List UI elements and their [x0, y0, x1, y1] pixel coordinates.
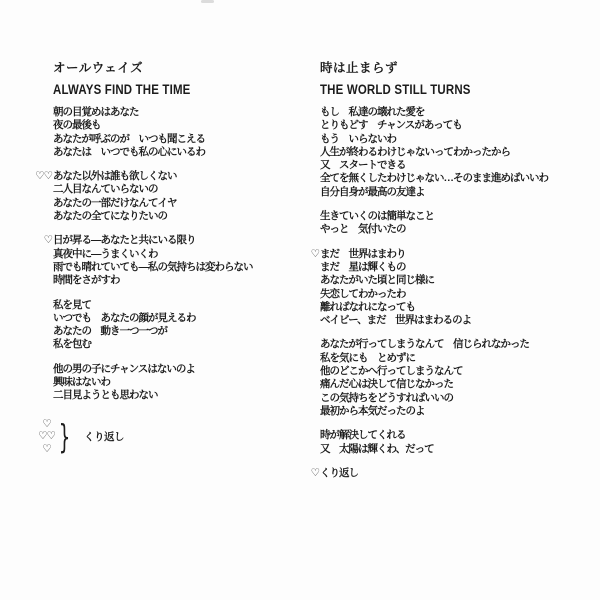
- stanza: もし 私達の壊れた愛をとりもどす チャンスがあってももう いらないわ人生が終わる…: [320, 106, 588, 199]
- lyric-text: あなたがいた頃と同じ様に: [320, 274, 434, 286]
- lyric-text: もう いらないわ: [320, 133, 396, 145]
- lyric-text: 時間をさがすわ: [53, 274, 120, 286]
- heart-marker-icon: ♡: [42, 418, 50, 431]
- lyric-text: 他の男の子にチャンスはないのよ: [53, 363, 195, 375]
- lyric-text: あなた以外は誰も欲しくない: [53, 170, 177, 182]
- stanza: 朝の目覚めはあなた夜の最後もあなたが呼ぶのが いつも聞こえるあなたは いつでも私…: [53, 106, 321, 159]
- lyric-text: やっと 気付いたの: [320, 223, 406, 235]
- song-column-always-find-the-time: オールウェイズ ALWAYS FIND THE TIME 朝の目覚めはあなた夜の…: [53, 61, 321, 458]
- lyric-text: ベイビー、まだ 世界はまわるのよ: [320, 314, 471, 326]
- lyric-text: とりもどす チャンスがあっても: [320, 119, 462, 131]
- lyric-text: もし 私達の壊れた愛を: [320, 106, 425, 118]
- lyric-line: 私を見て: [53, 299, 321, 312]
- lyric-text: 生きていくのは簡単なこと: [320, 210, 434, 222]
- lyric-line: 痛んだ心は決して信じなかった: [320, 378, 588, 391]
- lyric-text: あなたは いつでも私の心にいるわ: [53, 146, 205, 158]
- lyric-line: あなたがいた頃と同じ様に: [320, 274, 588, 287]
- lyric-text: 真夜中に―うまくいくわ: [53, 248, 158, 260]
- lyric-line: 他の男の子にチャンスはないのよ: [53, 363, 321, 376]
- lyric-line: あなたの 動き一つ一つが: [53, 325, 321, 338]
- lyric-line: 自分自身が最高の友達よ: [320, 186, 588, 199]
- lyric-text: 又 スタートできる: [320, 159, 406, 171]
- lyric-line: あなたは いつでも私の心にいるわ: [53, 146, 321, 159]
- lyric-line: ♡くり返し: [320, 467, 588, 480]
- song-title-english: ALWAYS FIND THE TIME: [53, 83, 281, 97]
- lyric-text: くり返し: [320, 467, 358, 479]
- heart-marker-icon: ♡: [311, 467, 319, 480]
- lyric-line: ♡♡あなた以外は誰も欲しくない: [53, 170, 321, 183]
- stanza: 他の男の子にチャンスはないのよ興味はないわ二目見ようとも思わない: [53, 363, 321, 403]
- lyric-line: あなたが呼ぶのが いつも聞こえる: [53, 133, 321, 146]
- lyric-text: 失恋してわかったわ: [320, 288, 406, 300]
- lyric-line: ♡まだ 世界はまわり: [320, 248, 588, 261]
- stanza: ♡まだ 世界はまわりまだ 星は輝くものあなたがいた頃と同じ様に失恋してわかったわ…: [320, 248, 588, 328]
- lyric-text: あなたの一部だけなんてイヤ: [53, 197, 177, 209]
- lyric-line: 又 スタートできる: [320, 159, 588, 172]
- lyric-line: 又 太陽は輝くわ、だって: [320, 443, 588, 456]
- lyric-line: 生きていくのは簡単なこと: [320, 210, 588, 223]
- lyric-text: 二人目なんていらないの: [53, 183, 158, 195]
- lyric-text: 自分自身が最高の友達よ: [320, 186, 425, 198]
- lyric-line: とりもどす チャンスがあっても: [320, 119, 588, 132]
- lyric-text: 夜の最後も: [53, 119, 101, 131]
- lyric-line: ♡日が昇る―あなたと共にいる限り: [53, 234, 321, 247]
- song-title-japanese: オールウェイズ: [53, 61, 321, 76]
- lyric-line: 時が解決してくれる: [320, 429, 588, 442]
- lyric-text: 朝の目覚めはあなた: [53, 106, 139, 118]
- lyric-line: 人生が終わるわけじゃないってわかったから: [320, 146, 588, 159]
- stanza: ♡くり返し: [320, 467, 588, 480]
- lyric-line: 夜の最後も: [53, 119, 321, 132]
- lyrics-body: 朝の目覚めはあなた夜の最後もあなたが呼ぶのが いつも聞こえるあなたは いつでも私…: [53, 106, 321, 403]
- stanza: 私を見ていつでも あなたの顔が見えるわあなたの 動き一つ一つが私を包む: [53, 299, 321, 352]
- lyric-line: 私を包む: [53, 338, 321, 351]
- lyric-line: 時間をさがすわ: [53, 274, 321, 287]
- lyric-text: この気持ちをどうすればいいの: [320, 392, 453, 404]
- lyric-line: 雨でも晴れていても―私の気持ちは変わらない: [53, 261, 321, 274]
- lyric-line: まだ 星は輝くもの: [320, 261, 588, 274]
- song-column-the-world-still-turns: 時は止まらず THE WORLD STILL TURNS もし 私達の壊れた愛を…: [320, 61, 588, 480]
- lyric-line: もう いらないわ: [320, 133, 588, 146]
- lyric-text: 興味はないわ: [53, 376, 110, 388]
- lyric-text: 痛んだ心は決して信じなかった: [320, 378, 453, 390]
- song-title-japanese: 時は止まらず: [320, 61, 588, 76]
- lyric-line: 興味はないわ: [53, 376, 321, 389]
- lyric-text: まだ 世界はまわり: [320, 248, 406, 260]
- repeat-label: くり返し: [84, 429, 124, 444]
- lyric-line: 他のどこかへ行ってしまうなんて: [320, 365, 588, 378]
- lyric-line: あなたの全てになりたいの: [53, 210, 321, 223]
- lyric-line: あなたが行ってしまうなんて 信じられなかった: [320, 338, 588, 351]
- lyric-text: 日が昇る―あなたと共にいる限り: [53, 234, 196, 246]
- lyric-line: いつでも あなたの顔が見えるわ: [53, 312, 321, 325]
- heart-marker-icon: ♡♡: [35, 170, 52, 183]
- lyric-text: いつでも あなたの顔が見えるわ: [53, 312, 196, 324]
- stanza: ♡♡あなた以外は誰も欲しくない二人目なんていらないのあなたの一部だけなんてイヤあ…: [53, 170, 321, 223]
- lyric-line: もし 私達の壊れた愛を: [320, 106, 588, 119]
- lyric-line: 朝の目覚めはあなた: [53, 106, 321, 119]
- lyric-line: 失恋してわかったわ: [320, 288, 588, 301]
- lyric-text: 全てを無くしたわけじゃない…そのまま進めばいいわ: [320, 172, 548, 184]
- scan-artifact: [201, 0, 214, 3]
- lyric-text: あなたの 動き一つ一つが: [53, 325, 167, 337]
- lyrics-body: もし 私達の壊れた愛をとりもどす チャンスがあってももう いらないわ人生が終わる…: [320, 106, 588, 480]
- lyric-text: 私を気にも とめずに: [320, 352, 415, 364]
- lyrics-booklet-page: オールウェイズ ALWAYS FIND THE TIME 朝の目覚めはあなた夜の…: [0, 0, 600, 600]
- lyric-line: 離ればなれになっても: [320, 301, 588, 314]
- lyric-text: 最初から本気だったのよ: [320, 405, 425, 417]
- lyric-text: まだ 星は輝くもの: [320, 261, 406, 273]
- stanza: あなたが行ってしまうなんて 信じられなかった私を気にも とめずに他のどこかへ行っ…: [320, 338, 588, 418]
- stanza: 時が解決してくれる又 太陽は輝くわ、だって: [320, 429, 588, 456]
- lyric-line: 全てを無くしたわけじゃない…そのまま進めばいいわ: [320, 172, 588, 185]
- lyric-text: 人生が終わるわけじゃないってわかったから: [320, 146, 510, 158]
- lyric-text: 雨でも晴れていても―私の気持ちは変わらない: [53, 261, 253, 273]
- lyric-text: あなたが行ってしまうなんて 信じられなかった: [320, 338, 529, 350]
- lyric-text: 他のどこかへ行ってしまうなんて: [320, 365, 463, 377]
- lyric-text: あなたが呼ぶのが いつも聞こえる: [53, 133, 205, 145]
- heart-marker-icon: ♡: [42, 443, 50, 456]
- heart-marker-icon: ♡: [311, 248, 319, 261]
- lyric-text: 時が解決してくれる: [320, 429, 406, 441]
- lyric-line: 私を気にも とめずに: [320, 352, 588, 365]
- stanza: 生きていくのは簡単なことやっと 気付いたの: [320, 210, 588, 237]
- lyric-text: 私を見て: [53, 299, 91, 311]
- lyric-line: この気持ちをどうすればいいの: [320, 392, 588, 405]
- lyric-line: 最初から本気だったのよ: [320, 405, 588, 418]
- refrain-hearts-column: ♡ ♡♡ ♡: [36, 418, 57, 456]
- lyric-line: やっと 気付いたの: [320, 223, 588, 236]
- lyric-line: あなたの一部だけなんてイヤ: [53, 197, 321, 210]
- lyric-text: あなたの全てになりたいの: [53, 210, 167, 222]
- lyric-text: 私を包む: [53, 338, 91, 350]
- lyric-text: 又 太陽は輝くわ、だって: [320, 443, 434, 455]
- lyric-line: 二人目なんていらないの: [53, 183, 321, 196]
- heart-marker-icon: ♡♡: [38, 430, 55, 443]
- song-title-english: THE WORLD STILL TURNS: [320, 83, 548, 97]
- lyric-line: 真夜中に―うまくいくわ: [53, 248, 321, 261]
- lyric-text: 二目見ようとも思わない: [53, 389, 158, 401]
- heart-marker-icon: ♡: [44, 234, 52, 247]
- repeat-refrain-block: ♡ ♡♡ ♡ } くり返し: [36, 416, 321, 458]
- lyric-line: 二目見ようとも思わない: [53, 389, 321, 402]
- stanza: ♡日が昇る―あなたと共にいる限り真夜中に―うまくいくわ雨でも晴れていても―私の気…: [53, 234, 321, 287]
- lyric-text: 離ればなれになっても: [320, 301, 415, 313]
- brace-icon: }: [59, 417, 71, 457]
- lyric-line: ベイビー、まだ 世界はまわるのよ: [320, 314, 588, 327]
